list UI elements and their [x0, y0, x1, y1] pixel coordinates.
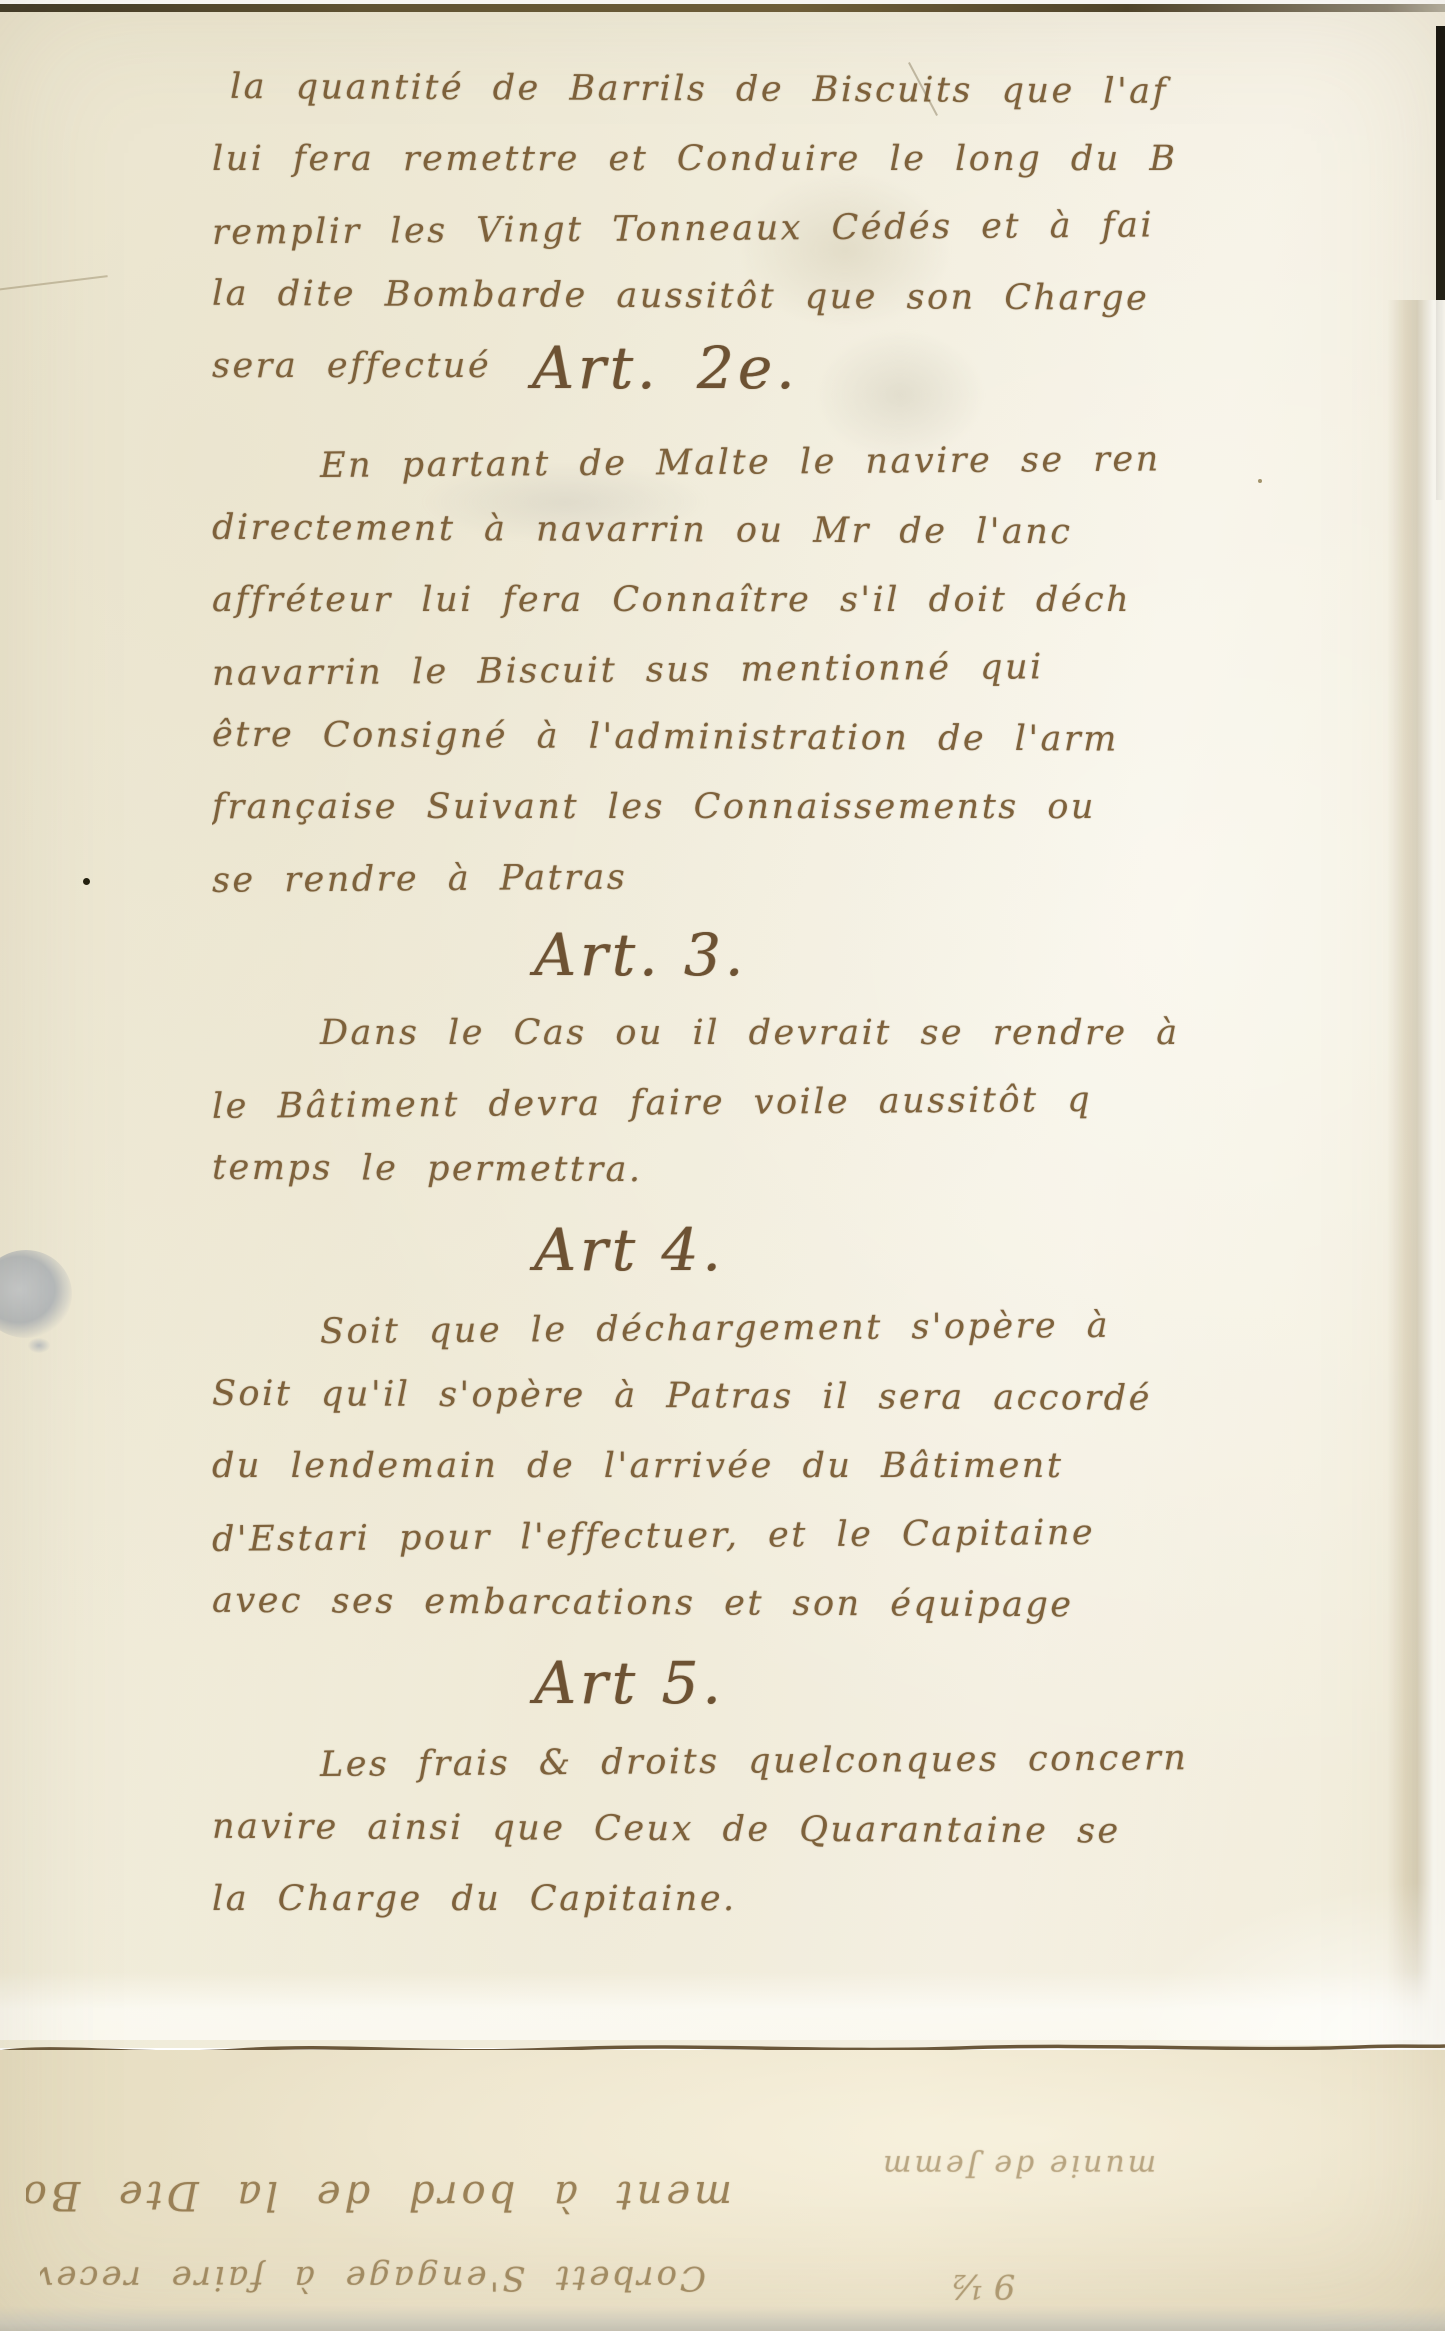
ink-speck — [83, 878, 90, 885]
manuscript-line: la quantité de Barrils de Biscuits que l… — [212, 56, 1445, 128]
manuscript-line: le Bâtiment devra faire voile aussitôt q — [212, 1063, 1445, 1142]
manuscript-line: lui fera remettre et Conduire le long du… — [212, 125, 1445, 194]
manuscript-line: navire ainsi que Ceux de Quarantaine se — [212, 1793, 1445, 1868]
manuscript-line-text: temps le permettra. — [212, 1148, 643, 1190]
manuscript-line: Dans le Cas ou il devrait se rendre à — [212, 999, 1445, 1068]
manuscript-line-text: la dite Bombarde aussitôt que son Charge — [212, 274, 1149, 319]
manuscript-line: sera effectuéArt. 2e. — [212, 332, 1445, 428]
manuscript-line-text: d'Estari pour l'effectuer, et le Capitai… — [212, 1513, 1095, 1560]
manuscript-line: du lendemain de l'arrivée du Bâtiment — [212, 1432, 1445, 1501]
manuscript-line-text: Soit que le déchargement s'opère à — [320, 1306, 1110, 1352]
sheet-corner-highlight — [1125, 1880, 1445, 2045]
article-heading: Art 4. — [212, 1206, 1445, 1294]
gray-stain — [28, 1338, 50, 1353]
manuscript-line: remplir les Vingt Tonneaux Cédés et à fa… — [212, 189, 1445, 268]
manuscript-line: Soit qu'il s'opère à Patras il sera acco… — [212, 1360, 1445, 1435]
article-heading: Art. 3. — [212, 911, 1445, 999]
manuscript-line-text: se rendre à Patras — [212, 858, 627, 901]
manuscript-scan: { "document": { "kind": "Scanned page of… — [0, 0, 1445, 2331]
manuscript-line-text: du lendemain de l'arrivée du Bâtiment — [212, 1446, 1063, 1486]
manuscript-line-text: directement à navarrin ou Mr de l'anc — [212, 508, 1073, 553]
article-heading: Art 5. — [212, 1639, 1445, 1727]
manuscript-line: être Consigné à l'administration de l'ar… — [212, 701, 1445, 776]
manuscript-line: Soit que le déchargement s'opère à — [212, 1289, 1445, 1368]
manuscript-line-text: la quantité de Barrils de Biscuits que l… — [230, 67, 1168, 112]
manuscript-line: En partant de Malte le navire se ren — [212, 423, 1445, 502]
manuscript-line-text: être Consigné à l'administration de l'ar… — [212, 715, 1119, 760]
manuscript-line-text: Soit qu'il s'opère à Patras il sera acco… — [212, 1374, 1152, 1419]
manuscript-line-text: Dans le Cas ou il devrait se rendre à — [320, 1013, 1180, 1053]
scan-edge-bottom — [0, 2306, 1445, 2331]
manuscript-text-block: la quantité de Barrils de Biscuits que l… — [212, 56, 1445, 2036]
manuscript-line-text: remplir les Vingt Tonneaux Cédés et à fa… — [212, 205, 1154, 252]
manuscript-line: la dite Bombarde aussitôt que son Charge — [212, 260, 1445, 335]
rotated-manuscript-fragment: 9 ½ — [950, 2266, 1140, 2306]
scan-edge-top — [0, 4, 1445, 12]
manuscript-line-text: lui fera remettre et Conduire le long du… — [212, 139, 1178, 179]
manuscript-line: se rendre à Patras — [212, 837, 1445, 916]
manuscript-line-text: affréteur lui fera Connaître s'il doit d… — [212, 580, 1131, 620]
rotated-manuscript-fragment: ment à bord de la Dte Bombarde — [26, 2172, 732, 2218]
manuscript-line-text: navarrin le Biscuit sus mentionné qui — [212, 647, 1044, 694]
manuscript-line: temps le permettra. — [212, 1134, 1445, 1209]
manuscript-line-text: la Charge du Capitaine. — [212, 1879, 737, 1919]
manuscript-line: directement à navarrin ou Mr de l'anc — [212, 494, 1445, 569]
rotated-manuscript-fragment: munie de Jemm — [880, 2148, 1425, 2183]
manuscript-line-text: Les frais & droits quelconques concern — [320, 1738, 1189, 1785]
manuscript-line: navarrin le Biscuit sus mentionné qui — [212, 630, 1445, 709]
manuscript-line-text: navire ainsi que Ceux de Quarantaine se — [212, 1807, 1121, 1852]
manuscript-line: Les frais & droits quelconques concern — [212, 1722, 1445, 1801]
manuscript-line: avec ses embarcations et son équipage — [212, 1567, 1445, 1642]
manuscript-line: d'Estari pour l'effectuer, et le Capitai… — [212, 1496, 1445, 1575]
manuscript-line-text: En partant de Malte le navire se ren — [320, 439, 1161, 486]
rotated-manuscript-fragment: Corbett S'engage à faire recevoir — [40, 2258, 706, 2298]
manuscript-line-text: avec ses embarcations et son équipage — [212, 1581, 1074, 1626]
manuscript-line-text: sera effectué — [212, 346, 491, 386]
manuscript-line-text: le Bâtiment devra faire voile aussitôt q — [212, 1080, 1092, 1127]
manuscript-line: française Suivant les Connaissements ou — [212, 773, 1445, 842]
manuscript-line: affréteur lui fera Connaître s'il doit d… — [212, 566, 1445, 635]
manuscript-line-text: française Suivant les Connaissements ou — [212, 787, 1096, 827]
article-heading: Art. 2e. — [532, 334, 798, 403]
